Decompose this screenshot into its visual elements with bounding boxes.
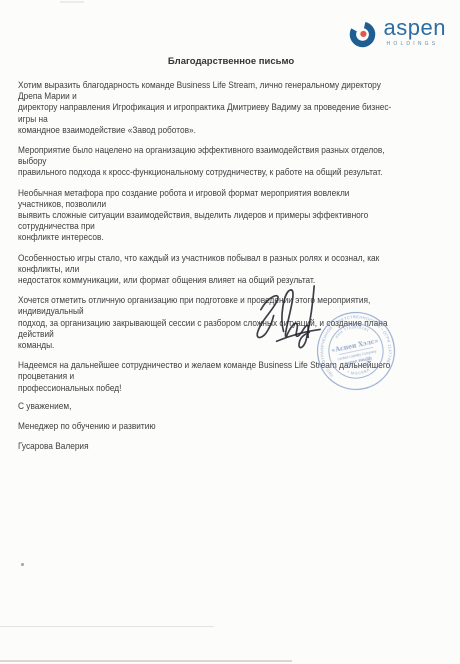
signer-name: Гусарова Валерия (18, 440, 395, 451)
signature-image (247, 280, 331, 356)
letter-title: Благодарственное письмо (18, 56, 444, 68)
signer-role: Менеджер по обучению и развитию (18, 420, 395, 431)
paragraph-roles: Особенностью игры стало, что каждый из у… (18, 252, 395, 286)
paragraph-gratitude: Хотим выразить благодарность команде Bus… (18, 79, 395, 135)
scanned-letter-page: aspen HOLDINGS Благодарственное письмо Х… (0, 0, 460, 664)
scan-artifact-line-upper (0, 626, 214, 627)
closing-block: С уважением, Менеджер по обучению и разв… (18, 400, 444, 452)
scan-artifact-line-lower (0, 660, 292, 662)
paragraph-metaphor: Необычная метафора про создание робота и… (18, 187, 395, 243)
paragraph-goal: Мероприятие было нацелено на организацию… (18, 144, 395, 178)
scan-artifact-speck (21, 563, 24, 566)
